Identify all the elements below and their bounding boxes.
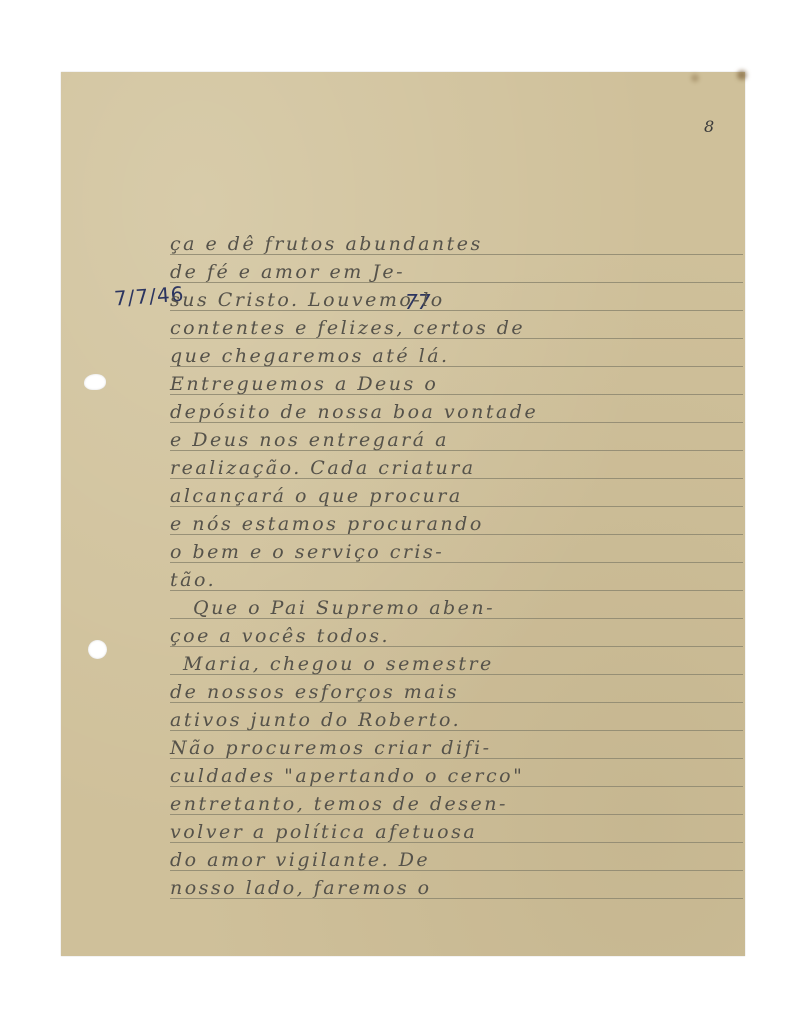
handwritten-line: realização. Cada criatura — [170, 454, 741, 482]
handwritten-line: Entreguemos a Deus o — [170, 370, 741, 398]
handwritten-line: o bem e o serviço cris- — [170, 538, 741, 566]
punch-hole — [88, 640, 107, 659]
handwritten-line: Maria, chegou o semestre — [183, 650, 741, 678]
corner-stain — [737, 70, 747, 80]
handwritten-line: tão. — [170, 566, 741, 594]
handwritten-line: alcançará o que procura — [170, 482, 741, 510]
handwritten-line: culdades "apertando o cerco" — [170, 762, 741, 790]
handwritten-line: entretanto, temos de desen- — [170, 790, 741, 818]
handwritten-line: de nossos esforços mais — [170, 678, 741, 706]
handwritten-line: çoe a vocês todos. — [170, 622, 741, 650]
handwritten-line: Não procuremos criar difi- — [170, 734, 741, 762]
page-number: 8 — [704, 117, 714, 136]
handwritten-line: de fé e amor em Je- — [170, 258, 741, 286]
handwritten-line: contentes e felizes, certos de — [170, 314, 741, 342]
handwritten-line: ativos junto do Roberto. — [170, 706, 741, 734]
handwritten-line: que chegaremos até lá. — [170, 342, 741, 370]
corner-stain — [691, 74, 699, 82]
handwritten-line: do amor vigilante. De — [170, 846, 741, 874]
handwritten-line: depósito de nossa boa vontade — [170, 398, 741, 426]
handwritten-line: Que o Pai Supremo aben- — [193, 594, 741, 622]
punch-hole — [84, 374, 106, 390]
letter-page: 8 7/7/46 77 ça e dê frutos abundantes de… — [61, 72, 745, 956]
handwritten-line: ça e dê frutos abundantes — [170, 230, 741, 258]
handwritten-line: volver a política afetuosa — [170, 818, 741, 846]
handwritten-line: nosso lado, faremos o — [170, 874, 741, 902]
handwritten-line: e nós estamos procurando — [170, 510, 741, 538]
handwritten-line: e Deus nos entregará a — [170, 426, 741, 454]
handwritten-line: sus Cristo. Louvemo-lo — [170, 286, 741, 314]
